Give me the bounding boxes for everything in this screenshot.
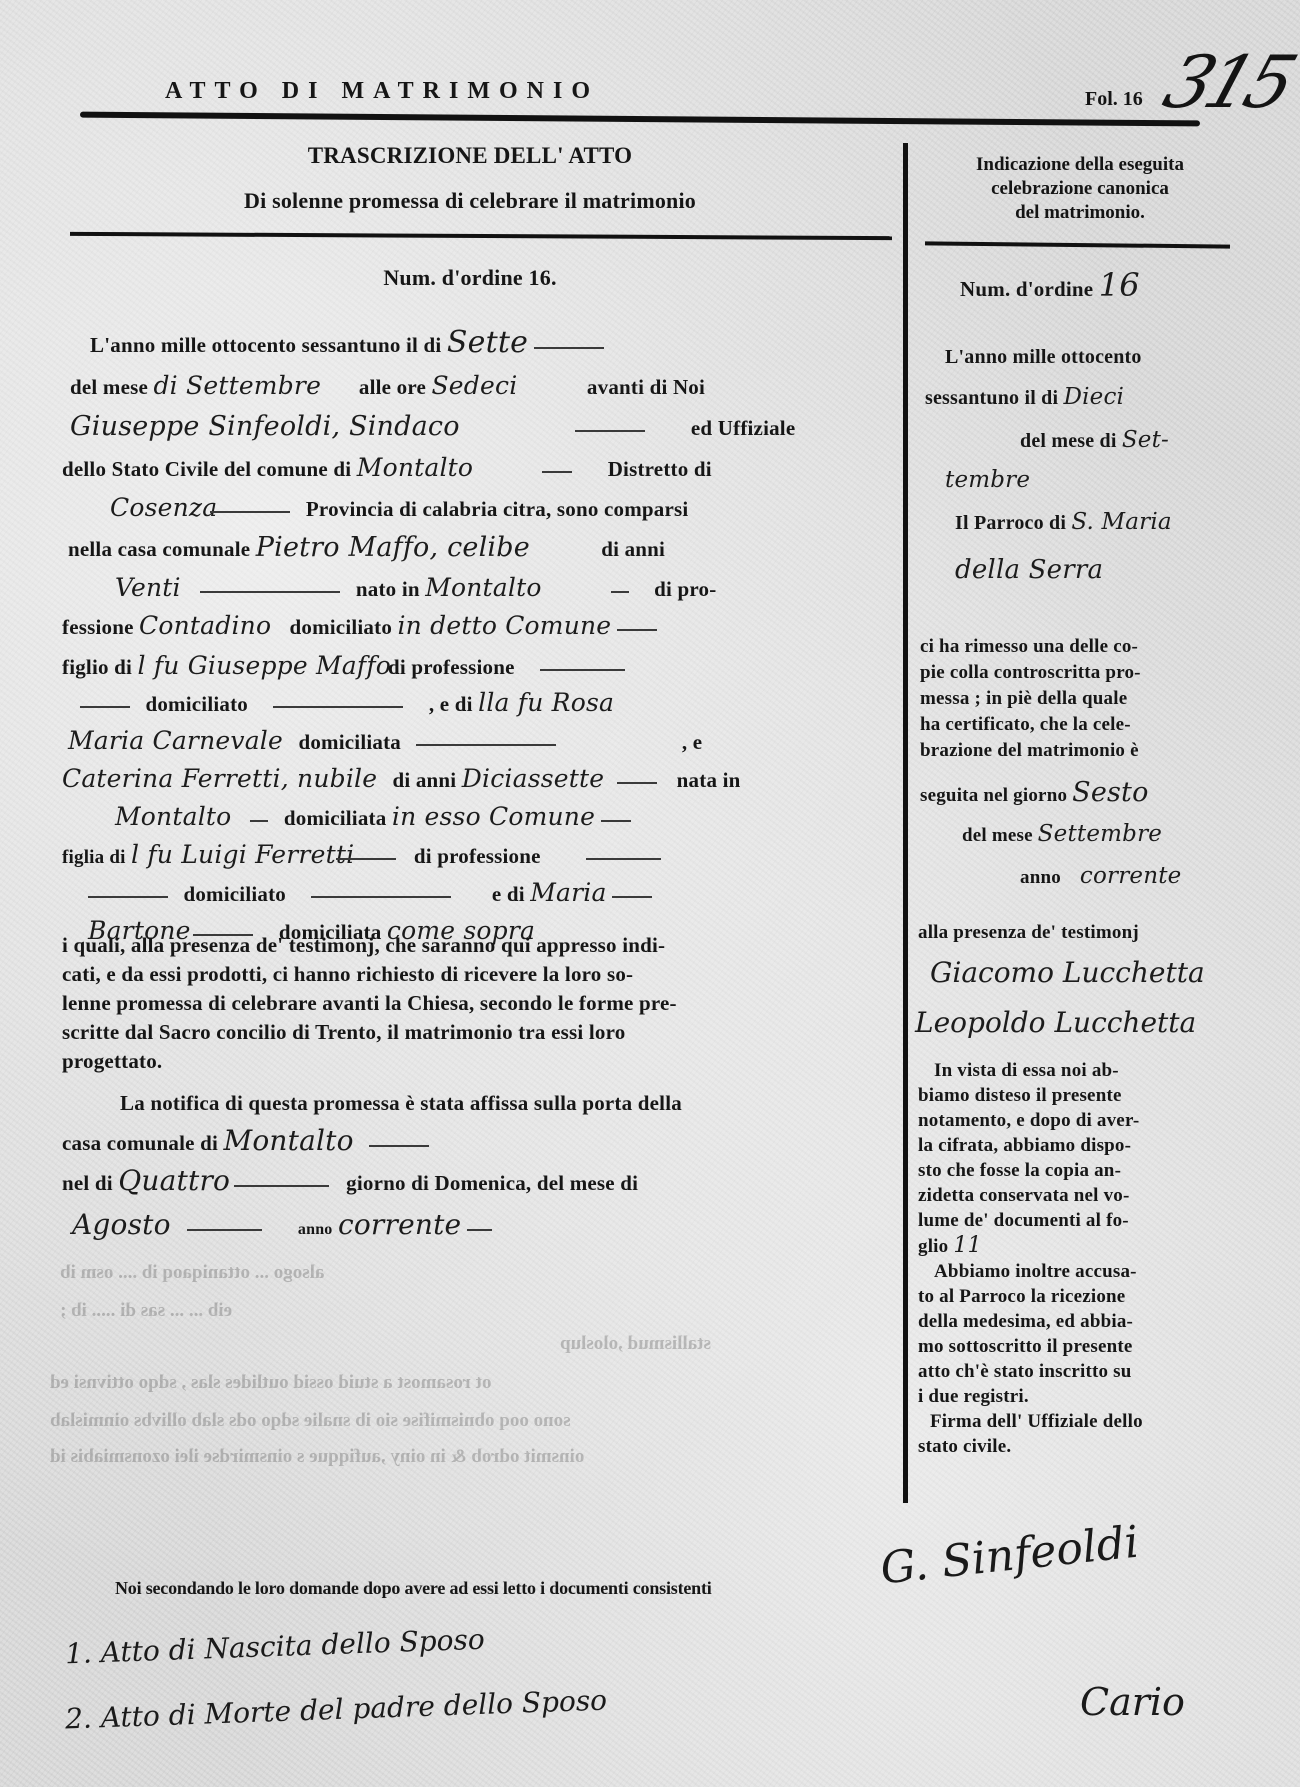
paragraph-line: ci ha rimesso una delle co- (920, 634, 1225, 660)
printed-text: dello Stato Civile del comune di (62, 457, 351, 481)
bleed-through-line: stallismud ,oloslup (560, 1333, 711, 1355)
transcription-heading: TRASCRIZIONE DELL' ATTO (60, 143, 880, 169)
printed-text: ed Uffiziale (691, 416, 795, 440)
document-list-item-1: 1. Atto di Nascita dello Sposo (65, 1623, 486, 1671)
paragraph-line: scritte dal Sacro concilio di Trento, il… (62, 1018, 882, 1047)
fill-line (542, 470, 572, 473)
fill-line (234, 1184, 329, 1187)
paragraph-line: i due registri. (918, 1384, 1228, 1409)
handwritten-celebration-day: Dieci (1063, 384, 1124, 410)
record-line-5: Cosenza Provincia di calabria citra, son… (110, 495, 688, 522)
paragraph-line: i quali, alla presenza de' testimonj, ch… (62, 931, 882, 960)
printed-text: domiciliato (145, 692, 248, 716)
handwritten-notice-month: Agosto (72, 1212, 182, 1238)
handwritten-bride-birthplace: Montalto (115, 804, 245, 830)
paragraph-line: la cifrata, abbiamo dispo- (918, 1133, 1228, 1158)
printed-text: , e (682, 730, 702, 754)
handwritten-celebration-mese: Settembre (1038, 821, 1162, 847)
right-order-value: 16 (1099, 266, 1140, 304)
handwritten-groom-mother-a: lla fu Rosa (478, 688, 614, 717)
document-list-item-2: 2. Atto di Morte del padre dello Sposo (65, 1684, 608, 1736)
printed-text: alle ore (359, 375, 426, 399)
right-heading-rule (925, 241, 1230, 248)
handwritten-witness: Giacomo Lucchetta (930, 956, 1205, 989)
fill-line (311, 895, 451, 898)
fill-line (601, 819, 631, 822)
paragraph-line: pie colla controscritta pro- (920, 660, 1225, 686)
printed-text: di pro- (654, 577, 716, 601)
paragraph-line: to al Parroco la ricezione (918, 1284, 1228, 1309)
paragraph-line: sto che fosse la copia an- (918, 1158, 1228, 1183)
printed-text: giorno di Domenica, del mese di (346, 1171, 638, 1195)
printed-text: del mese (962, 825, 1033, 846)
handwritten-bride: Caterina Ferretti, nubile (62, 766, 387, 792)
fill-line (336, 857, 396, 860)
right-paragraph-2: In vista di essa noi ab- biamo disteso i… (918, 1058, 1228, 1459)
right-line-6: della Serra (955, 558, 1103, 585)
handwritten-celebration-giorno: Sesto (1072, 777, 1148, 808)
record-line-8: fessione Contadino domiciliato in detto … (62, 613, 657, 640)
handwritten-parish-b: della Serra (955, 555, 1103, 585)
celebration-heading-line: Indicazione della eseguita (915, 153, 1245, 177)
paragraph-line: progettato. (62, 1047, 882, 1076)
celebration-heading-line: del matrimonio. (915, 201, 1245, 225)
handwritten-profession: Contadino (139, 613, 284, 639)
paragraph-line: mo sottoscritto il presente (918, 1334, 1228, 1359)
paragraph-line: della medesima, ed abbia- (918, 1309, 1228, 1334)
printed-text: nel di (62, 1171, 113, 1195)
handwritten-birthplace: Montalto (425, 575, 605, 601)
fill-line (540, 668, 625, 671)
record-line-14: figlia di l fu Luigi Ferretti di profess… (62, 842, 661, 871)
handwritten-comune: Montalto (357, 455, 537, 481)
request-paragraph: i quali, alla presenza de' testimonj, ch… (62, 925, 882, 1076)
paragraph-line: cati, e da essi prodotti, ci hanno richi… (62, 960, 882, 989)
right-witnesses-label: alla presenza de' testimonj (918, 920, 1139, 945)
handwritten-groom: Pietro Maffo, celibe (256, 535, 596, 561)
handwritten-notice-comune: Montalto (224, 1128, 364, 1154)
fill-line (534, 346, 604, 349)
transcription-subheading: Di solenne promessa di celebrare il matr… (60, 188, 880, 214)
bleed-through-line: alsogo ... ottaniqaoq ib .... osm ib (60, 1262, 324, 1284)
printed-text: Distretto di (608, 457, 712, 481)
notice-line-2: casa comunale di Montalto (62, 1128, 429, 1156)
printed-text: nella casa comunale (68, 537, 250, 561)
fill-line (369, 1144, 429, 1147)
paraph-signature: Cario (1080, 1680, 1185, 1724)
fill-line (210, 510, 290, 513)
celebration-heading: Indicazione della eseguita celebrazione … (915, 153, 1245, 225)
printed-text: L'anno mille ottocento sessantuno il di (90, 333, 441, 357)
handwritten-bride-domicile: in esso Comune (392, 802, 595, 831)
right-line-5: Il Parroco di S. Maria (955, 510, 1172, 536)
printed-text: avanti di Noi (587, 375, 705, 399)
record-line-13: Montalto domiciliata in esso Comune (115, 804, 631, 831)
printed-text: fessione (62, 615, 134, 639)
handwritten-celebration-month-b: tembre (945, 467, 1030, 493)
printed-text: nata in (677, 768, 741, 792)
bleed-through-line: sono ooq obnismifise sio ib snalie sdqo … (50, 1410, 571, 1432)
left-heading-rule (70, 232, 892, 240)
header-rule (80, 112, 1200, 127)
handwritten-domicile: in detto Comune (397, 611, 611, 640)
handwritten-bride-age: Diciassette (462, 766, 612, 792)
handwritten-celebration-month-a: Set- (1122, 427, 1169, 453)
record-line-9: figlio di l fu Giuseppe Maffo di profess… (62, 653, 625, 680)
handwritten-parish-a: S. Maria (1071, 509, 1171, 535)
handwritten-groom-father: l fu Giuseppe Maffo (138, 653, 383, 679)
printed-text: domiciliata (298, 730, 401, 754)
printed-text: del mese (70, 375, 148, 399)
right-line-1: L'anno mille ottocento (945, 345, 1142, 370)
fill-line (611, 590, 629, 593)
right-order-label: Num. d'ordine (960, 277, 1093, 301)
bleed-through-line: ot rosamost a stuid ossid outlides slas … (50, 1372, 492, 1394)
handwritten-notice-year: corrente (338, 1208, 461, 1241)
right-mese-line: del mese Settembre (962, 822, 1162, 848)
celebration-heading-line: celebrazione canonica (915, 177, 1245, 201)
record-line-2: del mese di Settembre alle ore Sedeci av… (70, 373, 705, 400)
notice-line-1: La notifica di questa promessa è stata a… (120, 1090, 682, 1116)
paragraph-line: zidetta conservata nel vo- (918, 1183, 1228, 1208)
printed-text: Provincia di calabria citra, sono compar… (306, 497, 688, 521)
record-line-15: domiciliato e di Maria (88, 880, 652, 907)
fill-line (187, 1228, 262, 1231)
fill-line (88, 895, 168, 898)
printed-text: Il Parroco di (955, 512, 1066, 534)
paragraph-line: lenne promessa di celebrare avanti la Ch… (62, 989, 882, 1018)
column-divider (903, 143, 908, 1503)
printed-text: domiciliata (284, 806, 387, 830)
order-number: Num. d'ordine 16. (60, 265, 880, 291)
footer-statement: Noi secondando le loro domande dopo aver… (115, 1578, 712, 1599)
handwritten-foglio: 11 (953, 1233, 981, 1258)
paragraph-line: Abbiamo inoltre accusa- (918, 1259, 1228, 1284)
fill-line (200, 590, 340, 593)
handwritten-age: Venti (115, 575, 195, 601)
record-line-4: dello Stato Civile del comune di Montalt… (62, 455, 712, 482)
fill-line (612, 895, 652, 898)
paragraph-line: atto ch'è stato inscritto su (918, 1359, 1228, 1384)
fill-line (273, 705, 403, 708)
printed-text: di anni (392, 768, 456, 792)
document-title: ATTO DI MATRIMONIO (165, 78, 599, 105)
handwritten-bride-mother-a: Maria (530, 878, 606, 907)
handwritten-notice-day: Quattro (118, 1168, 228, 1194)
bleed-through-line: oinsmit odrob & in oiny ,aufiqque s oins… (50, 1446, 584, 1468)
printed-text: , e di (429, 692, 473, 716)
right-paragraph-1: ci ha rimesso una delle co- pie colla co… (920, 634, 1225, 764)
record-line-1: L'anno mille ottocento sessantuno il di … (90, 330, 604, 358)
witness-2: Leopoldo Lucchetta (915, 1010, 1196, 1039)
record-line-3: Giuseppe Sinfeoldi, Sindaco ed Uffiziale (70, 414, 795, 441)
witness-1: Giacomo Lucchetta (930, 960, 1205, 989)
right-anno-line: anno corrente (1020, 864, 1182, 890)
signature-label-line: stato civile. (918, 1434, 1228, 1459)
right-giorno-line: seguita nel giorno Sesto (920, 780, 1149, 808)
paragraph-line: brazione del matrimonio è (920, 738, 1225, 764)
paragraph-line: ha certificato, che la cele- (920, 712, 1225, 738)
fill-line (250, 819, 268, 822)
handwritten-mayor: Giuseppe Sinfeoldi, Sindaco (70, 414, 570, 440)
folio-label: Fol. 16 (1085, 88, 1143, 111)
printed-text: domiciliato (183, 882, 286, 906)
handwritten-celebration-anno: corrente (1080, 863, 1182, 889)
paragraph-line: lume de' documenti al fo- (918, 1208, 1228, 1233)
fill-line (467, 1228, 492, 1231)
printed-text: glio (918, 1236, 948, 1257)
record-line-7: Venti nato in Montalto di pro- (115, 575, 716, 602)
printed-text: casa comunale di (62, 1131, 218, 1155)
record-line-10: domiciliato , e di lla fu Rosa (80, 690, 614, 717)
fill-line (617, 781, 657, 784)
right-line-2: sessantuno il di Dieci (925, 385, 1124, 411)
signature-label-line: Firma dell' Uffiziale dello (918, 1409, 1228, 1434)
document-page: ATTO DI MATRIMONIO Fol. 16 315 TRASCRIZI… (0, 0, 1300, 1787)
printed-text: di professione (388, 655, 515, 679)
printed-text: del mese di (1020, 430, 1117, 452)
paragraph-line: messa ; in piè della quale (920, 686, 1225, 712)
right-line-3: del mese di Set- (1020, 428, 1169, 454)
fill-line (586, 857, 661, 860)
record-line-11: Maria Carnevale domiciliata , e (68, 728, 702, 755)
paragraph-line: biamo disteso il presente (918, 1083, 1228, 1108)
fill-line (416, 743, 556, 746)
handwritten-month: di Settembre (153, 373, 353, 399)
record-line-6: nella casa comunale Pietro Maffo, celibe… (68, 535, 665, 562)
printed-text: figlia di (62, 847, 126, 868)
printed-text: nato in (356, 577, 420, 601)
official-signature: G. Sinfeoldi (878, 1517, 1141, 1595)
printed-text: domiciliato (290, 615, 393, 639)
fill-line (80, 705, 130, 708)
printed-text: figlio di (62, 655, 132, 679)
printed-text: anno (298, 1221, 333, 1238)
notice-line-3: nel di Quattro giorno di Domenica, del m… (62, 1168, 638, 1196)
foglio-line: glio 11 (918, 1233, 1228, 1259)
printed-text: seguita nel giorno (920, 785, 1067, 806)
handwritten-groom-mother-b: Maria Carnevale (68, 728, 293, 754)
fill-line (617, 628, 657, 631)
handwritten-district: Cosenza (110, 495, 205, 521)
folio-handwritten-number: 315 (1154, 40, 1300, 124)
record-line-12: Caterina Ferretti, nubile di anni Dicias… (62, 766, 741, 793)
printed-text: di anni (601, 537, 665, 561)
right-line-4: tembre (945, 468, 1030, 494)
fill-line (575, 429, 645, 432)
printed-text: anno (1020, 867, 1061, 888)
paragraph-line: In vista di essa noi ab- (918, 1058, 1228, 1083)
printed-text: sessantuno il di (925, 387, 1058, 409)
handwritten-bride-father: l fu Luigi Ferretti (131, 842, 331, 868)
printed-text: La notifica di questa promessa è stata a… (120, 1091, 682, 1115)
bleed-through-line: eib ... ... sas di ..... ib ; (60, 1300, 232, 1322)
handwritten-day: Sette (447, 325, 528, 360)
right-order-number: Num. d'ordine 16 (960, 273, 1140, 302)
notice-line-4: Agosto anno corrente (72, 1212, 492, 1243)
printed-text: e di (492, 882, 525, 906)
handwritten-witness: Leopoldo Lucchetta (915, 1006, 1196, 1039)
handwritten-hour: Sedeci (431, 373, 581, 399)
printed-text: di professione (414, 844, 541, 868)
paragraph-line: notamento, e dopo di aver- (918, 1108, 1228, 1133)
